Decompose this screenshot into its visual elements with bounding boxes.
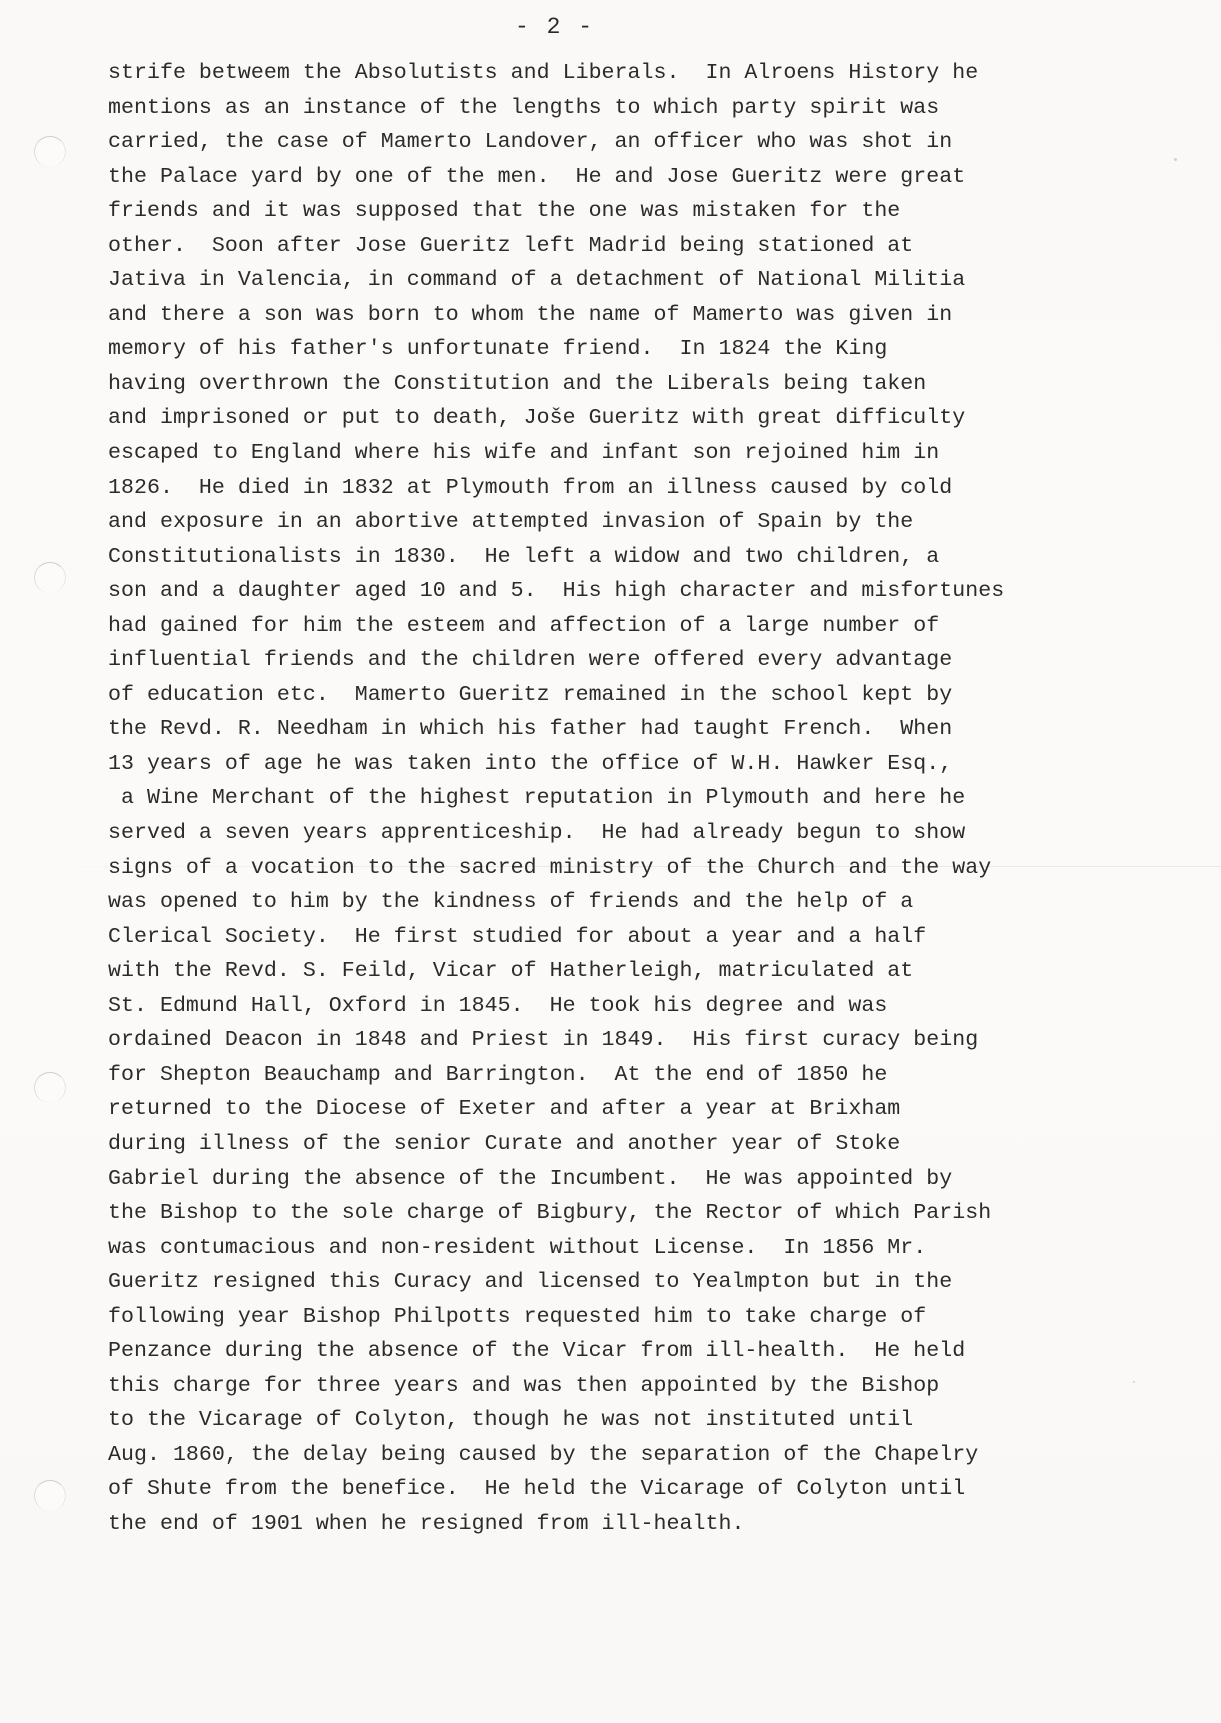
text-line: strife betweem the Absolutists and Liber… (108, 56, 1004, 91)
text-line: carried, the case of Mamerto Landover, a… (108, 125, 1004, 160)
text-line: and there a son was born to whom the nam… (108, 298, 1004, 333)
page-number-text: - 2 - (515, 14, 594, 40)
text-line: son and a daughter aged 10 and 5. His hi… (108, 574, 1004, 609)
text-line: having overthrown the Constitution and t… (108, 367, 1004, 402)
text-line: returned to the Diocese of Exeter and af… (108, 1092, 1004, 1127)
text-line: served a seven years apprenticeship. He … (108, 816, 1004, 851)
text-line: friends and it was supposed that the one… (108, 194, 1004, 229)
text-line: the Bishop to the sole charge of Bigbury… (108, 1196, 1004, 1231)
text-line: of Shute from the benefice. He held the … (108, 1472, 1004, 1507)
text-line: Jativa in Valencia, in command of a deta… (108, 263, 1004, 298)
text-line: Clerical Society. He first studied for a… (108, 920, 1004, 955)
text-line: for Shepton Beauchamp and Barrington. At… (108, 1058, 1004, 1093)
text-line: had gained for him the esteem and affect… (108, 609, 1004, 644)
text-line: influential friends and the children wer… (108, 643, 1004, 678)
document-page: - 2 - strife betweem the Absolutists and… (0, 0, 1221, 1723)
text-line: the Palace yard by one of the men. He an… (108, 160, 1004, 195)
text-line: following year Bishop Philpotts requeste… (108, 1300, 1004, 1335)
text-line: during illness of the senior Curate and … (108, 1127, 1004, 1162)
text-line: Constitutionalists in 1830. He left a wi… (108, 540, 1004, 575)
text-line: Aug. 1860, the delay being caused by the… (108, 1438, 1004, 1473)
text-line: mentions as an instance of the lengths t… (108, 91, 1004, 126)
punch-hole-mark (34, 1480, 66, 1511)
text-line: and exposure in an abortive attempted in… (108, 505, 1004, 540)
text-line: escaped to England where his wife and in… (108, 436, 1004, 471)
text-line: other. Soon after Jose Gueritz left Madr… (108, 229, 1004, 264)
text-line: St. Edmund Hall, Oxford in 1845. He took… (108, 989, 1004, 1024)
punch-hole-mark (34, 136, 66, 167)
punch-hole-mark (34, 562, 66, 593)
text-line: and imprisoned or put to death, Joše Gue… (108, 401, 1004, 436)
text-line: was opened to him by the kindness of fri… (108, 885, 1004, 920)
text-line: the Revd. R. Needham in which his father… (108, 712, 1004, 747)
text-line: Gueritz resigned this Curacy and license… (108, 1265, 1004, 1300)
text-line: of education etc. Mamerto Gueritz remain… (108, 678, 1004, 713)
paper-speck (1174, 158, 1177, 161)
text-line: was contumacious and non-resident withou… (108, 1231, 1004, 1266)
text-line: Gabriel during the absence of the Incumb… (108, 1162, 1004, 1197)
text-line: 1826. He died in 1832 at Plymouth from a… (108, 471, 1004, 506)
text-line: the end of 1901 when he resigned from il… (108, 1507, 1004, 1542)
text-line: memory of his father's unfortunate frien… (108, 332, 1004, 367)
page-number: - 2 - (0, 14, 1221, 40)
text-line: to the Vicarage of Colyton, though he wa… (108, 1403, 1004, 1438)
text-line: Penzance during the absence of the Vicar… (108, 1334, 1004, 1369)
paper-speck (1133, 1381, 1135, 1383)
text-line: with the Revd. S. Feild, Vicar of Hather… (108, 954, 1004, 989)
text-line: a Wine Merchant of the highest reputatio… (108, 781, 1004, 816)
text-line: this charge for three years and was then… (108, 1369, 1004, 1404)
text-line: signs of a vocation to the sacred minist… (108, 851, 1004, 886)
document-body: strife betweem the Absolutists and Liber… (108, 56, 1004, 1542)
text-line: ordained Deacon in 1848 and Priest in 18… (108, 1023, 1004, 1058)
text-line: 13 years of age he was taken into the of… (108, 747, 1004, 782)
punch-hole-mark (34, 1072, 66, 1103)
